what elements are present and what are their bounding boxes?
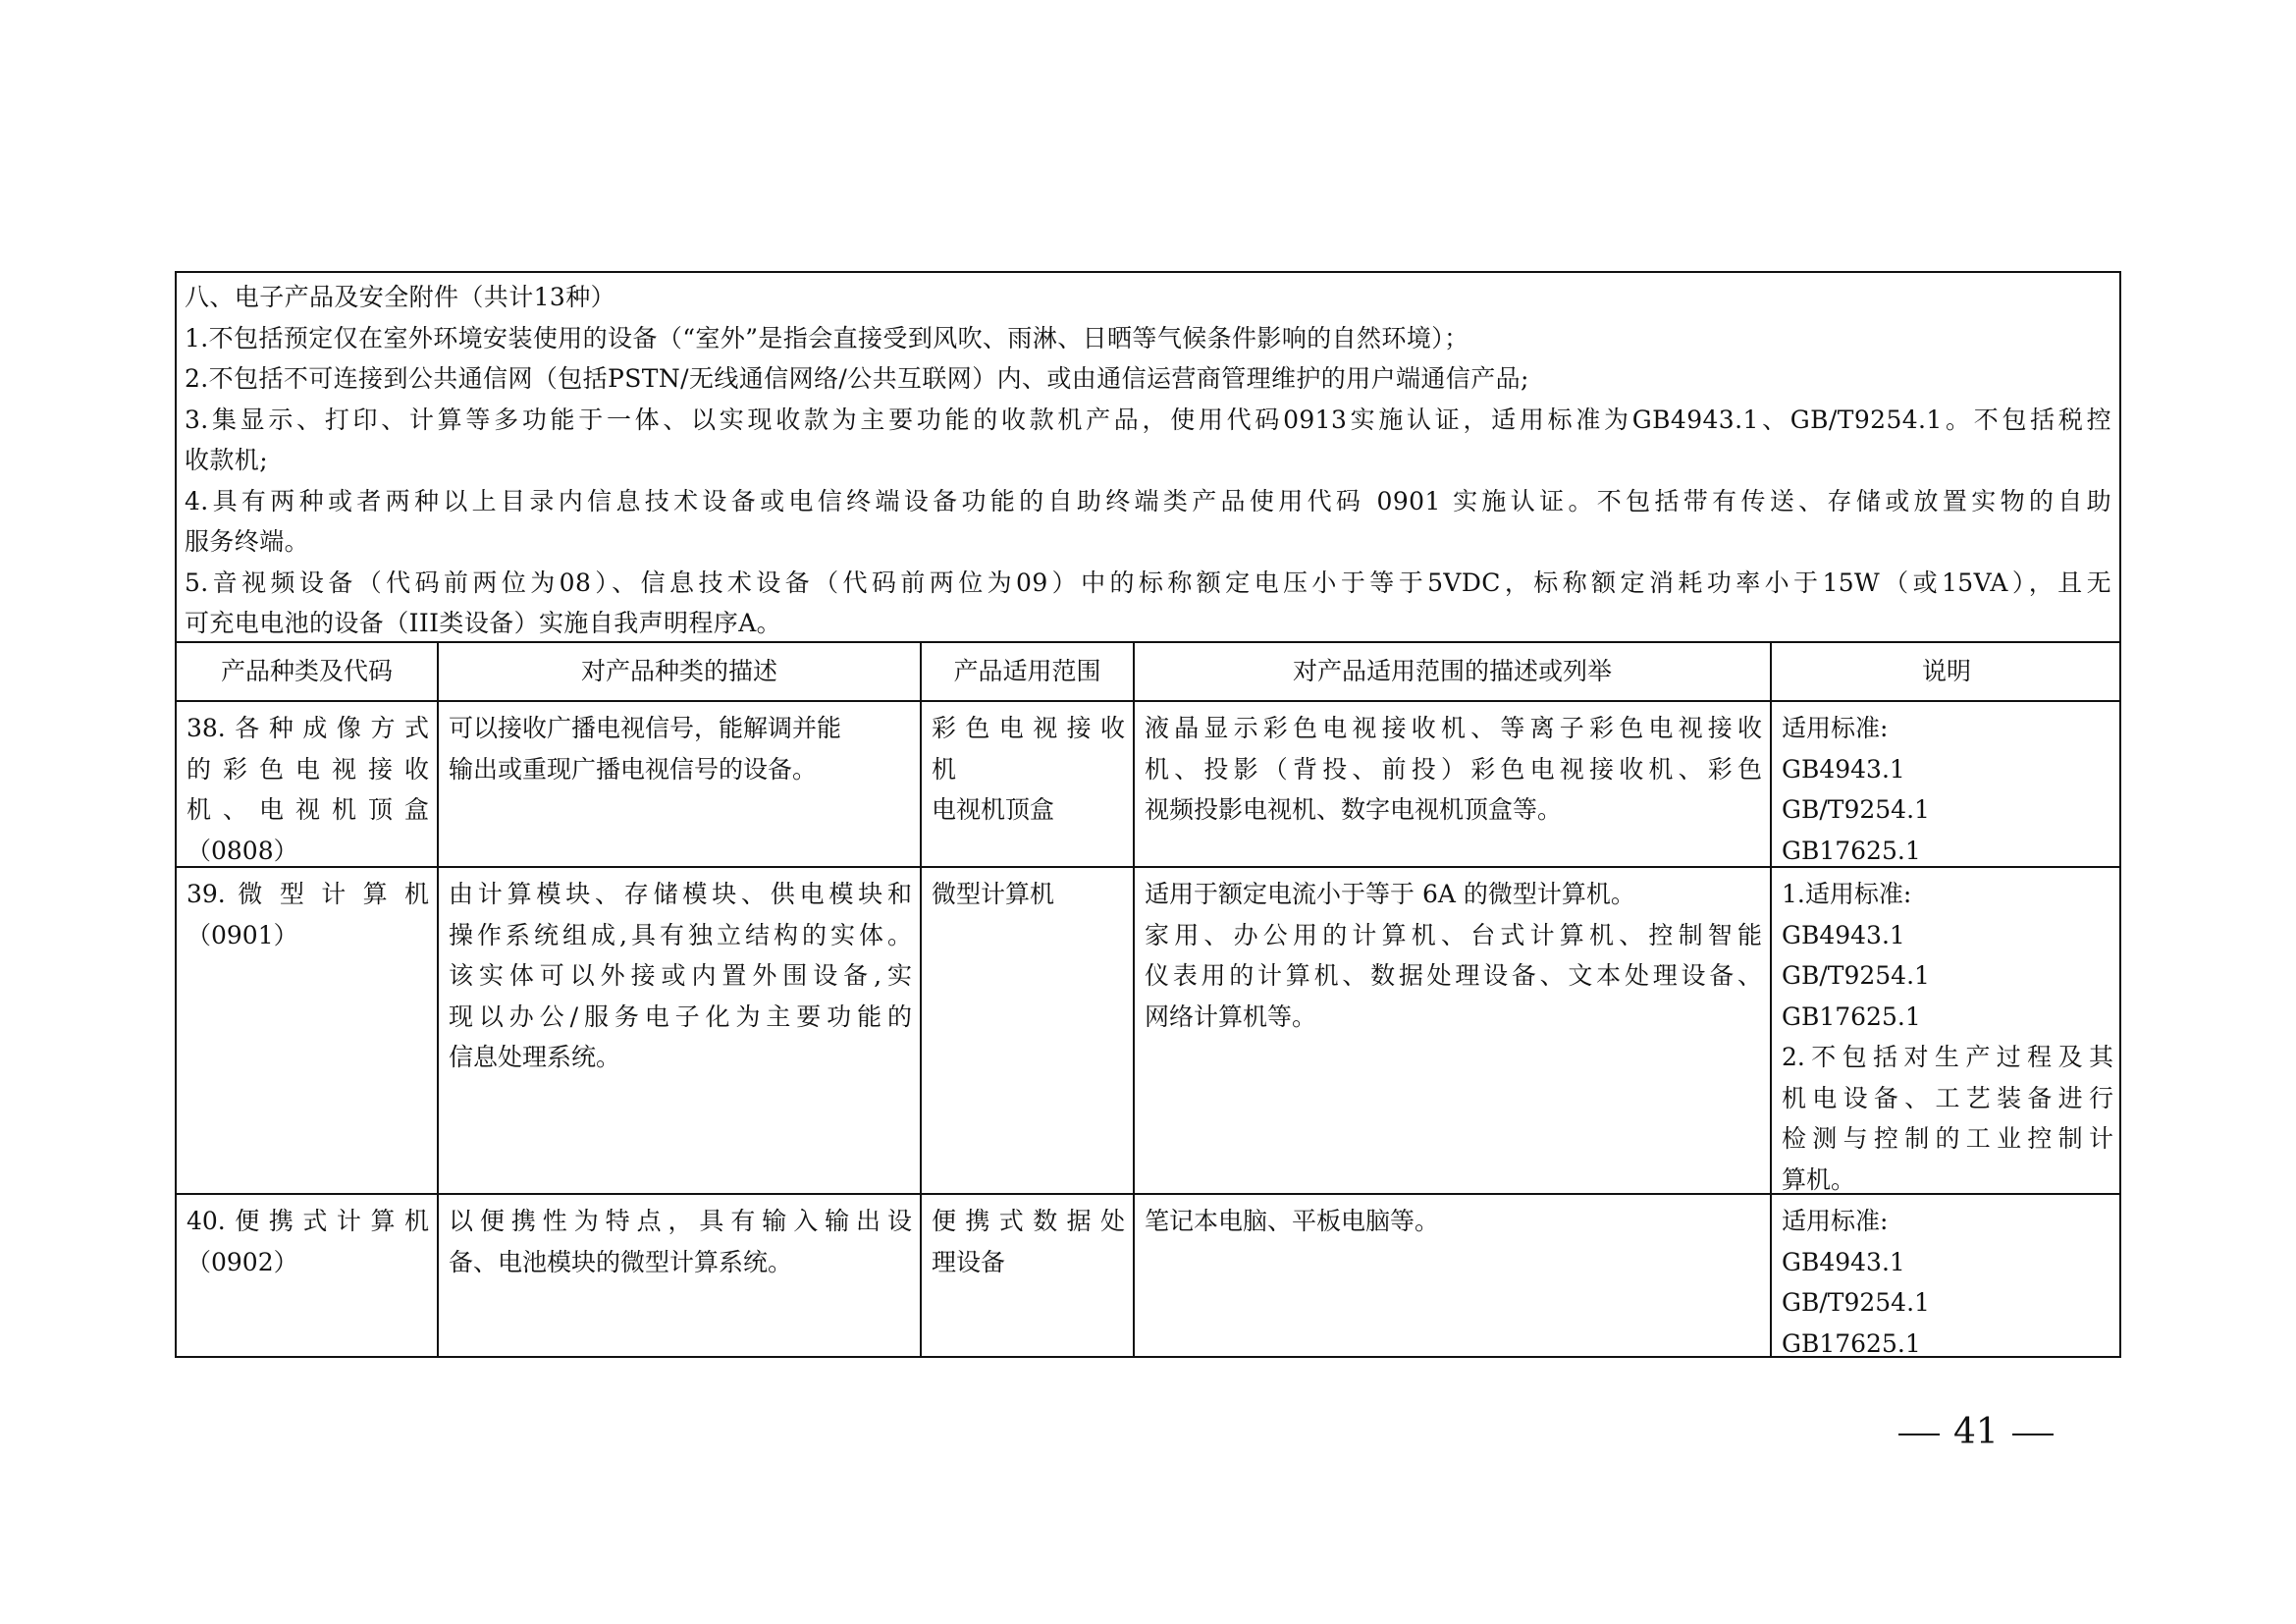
page-number-value: 41 xyxy=(1953,1412,1999,1452)
header-scope: 产品适用范围 xyxy=(922,643,1135,700)
scope-description-cell: 适用于额定电流小于等于 6A 的微型计算机。 家用、办公用的计算机、台式计算机、… xyxy=(1135,868,1772,1193)
note-5-line-2: 可充电电池的设备（III类设备）实施自我声明程序A。 xyxy=(185,603,2111,644)
header-scope-description: 对产品适用范围的描述或列举 xyxy=(1135,643,1772,700)
notes-cell: 1.适用标准: GB4943.1 GB/T9254.1 GB17625.1 2.… xyxy=(1772,868,2121,1193)
page-number: 41 xyxy=(1885,1411,2061,1454)
category-description-cell: 可以接收广播电视信号，能解调并能 输出或重现广播电视信号的设备。 xyxy=(439,702,922,866)
scope-description-cell: 液晶显示彩色电视接收机、等离子彩色电视接收 机、投影（背投、前投）彩色电视接收机… xyxy=(1135,702,1772,866)
catalog-table: 八、电子产品及安全附件（共计13种） 1.不包括预定仅在室外环境安装使用的设备（… xyxy=(175,271,2121,1358)
document-page: 八、电子产品及安全附件（共计13种） 1.不包括预定仅在室外环境安装使用的设备（… xyxy=(0,0,2296,1624)
notes-cell: 适用标准: GB4943.1 GB/T9254.1 GB17625.1 xyxy=(1772,1195,2121,1358)
section-intro: 八、电子产品及安全附件（共计13种） 1.不包括预定仅在室外环境安装使用的设备（… xyxy=(177,273,2119,643)
notes-cell: 适用标准: GB4943.1 GB/T9254.1 GB17625.1 xyxy=(1772,702,2121,866)
scope-cell: 彩色电视接收 机 电视机顶盒 xyxy=(922,702,1135,866)
dash-left xyxy=(1898,1434,1940,1435)
section-title: 八、电子产品及安全附件（共计13种） xyxy=(185,277,2111,318)
note-5-line-1: 5.音视频设备（代码前两位为08）、信息技术设备（代码前两位为09）中的标称额定… xyxy=(185,563,2111,604)
category-cell: 39. 微 型 计 算 机 （0901） xyxy=(177,868,439,1193)
table-header-row: 产品种类及代码 对产品种类的描述 产品适用范围 对产品适用范围的描述或列举 说明 xyxy=(177,643,2119,702)
category-cell: 38.各种成像方式 的彩色电视接收 机、电视机顶盒 （0808） xyxy=(177,702,439,866)
note-1-line-1: 1.不包括预定仅在室外环境安装使用的设备（“室外”是指会直接受到风吹、雨淋、日晒… xyxy=(185,318,2111,359)
table-row: 38.各种成像方式 的彩色电视接收 机、电视机顶盒 （0808） 可以接收广播电… xyxy=(177,702,2119,868)
header-category-description: 对产品种类的描述 xyxy=(439,643,922,700)
note-4-line-2: 服务终端。 xyxy=(185,521,2111,563)
scope-description-cell: 笔记本电脑、平板电脑等。 xyxy=(1135,1195,1772,1358)
category-cell: 40.便携式计算机 （0902） xyxy=(177,1195,439,1358)
category-description-cell: 由计算模块、存储模块、供电模块和 操作系统组成,具有独立结构的实体。 该实体可以… xyxy=(439,868,922,1193)
scope-cell: 便携式数据处 理设备 xyxy=(922,1195,1135,1358)
note-4-line-1: 4.具有两种或者两种以上目录内信息技术设备或电信终端设备功能的自助终端类产品使用… xyxy=(185,481,2111,522)
note-2-line-1: 2.不包括不可连接到公共通信网（包括PSTN/无线通信网络/公共互联网）内、或由… xyxy=(185,358,2111,400)
table-row: 39. 微 型 计 算 机 （0901） 由计算模块、存储模块、供电模块和 操作… xyxy=(177,868,2119,1195)
scope-cell: 微型计算机 xyxy=(922,868,1135,1193)
dash-right xyxy=(2012,1434,2054,1435)
header-category-code: 产品种类及代码 xyxy=(177,643,439,700)
table-row: 40.便携式计算机 （0902） 以便携性为特点，具有输入输出设 备、电池模块的… xyxy=(177,1195,2119,1358)
category-description-cell: 以便携性为特点，具有输入输出设 备、电池模块的微型计算系统。 xyxy=(439,1195,922,1358)
note-3-line-1: 3.集显示、打印、计算等多功能于一体、以实现收款为主要功能的收款机产品，使用代码… xyxy=(185,400,2111,441)
note-3-line-2: 收款机; xyxy=(185,440,2111,481)
header-notes: 说明 xyxy=(1772,643,2121,700)
